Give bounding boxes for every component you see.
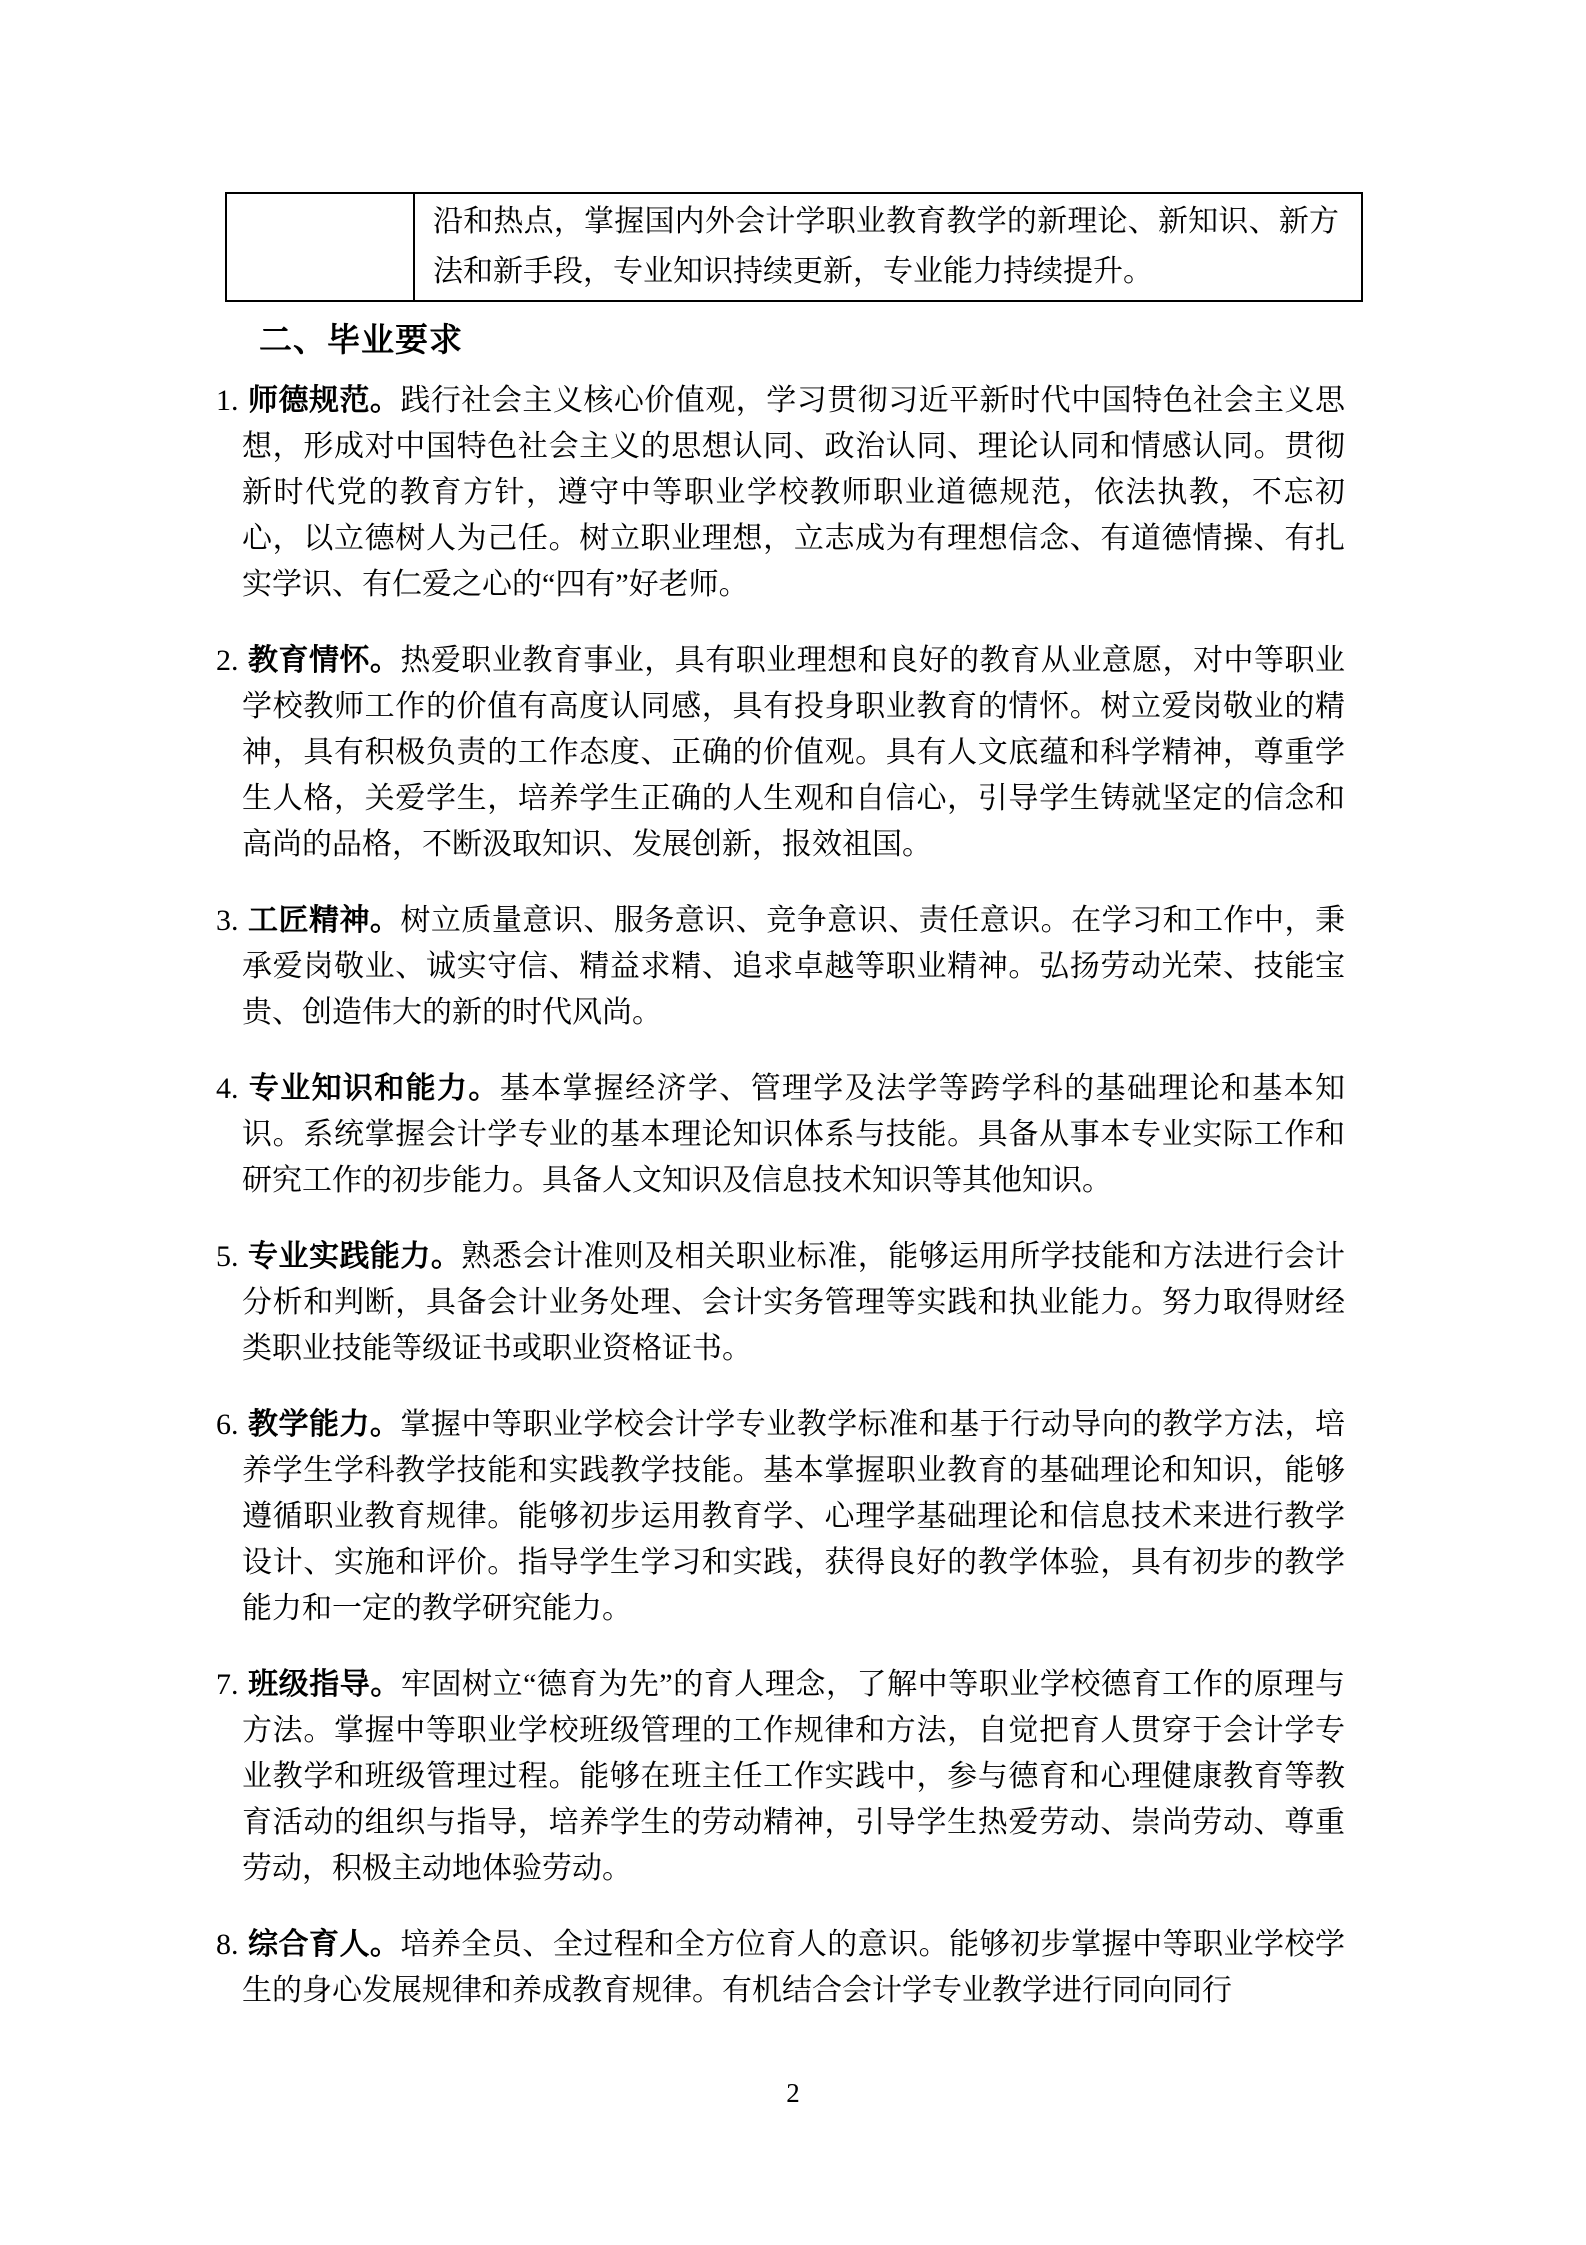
requirement-paragraph: 2.教育情怀。热爱职业教育事业，具有职业理想和良好的教育从业意愿，对中等职业学校… [242,638,1345,868]
requirement-paragraph: 6.教学能力。掌握中等职业学校会计学专业教学标准和基于行动导向的教学方法，培养学… [242,1402,1345,1632]
paragraph-label: 师德规范。 [248,384,401,417]
paragraph-label: 班级指导。 [248,1668,401,1701]
paragraph-number: 3. [216,904,248,937]
paragraph-text: 热爱职业教育事业，具有职业理想和良好的教育从业意愿，对中等职业学校教师工作的价值… [242,644,1345,861]
paragraph-number: 4. [216,1072,248,1105]
document-page: 沿和热点，掌握国内外会计学职业教育教学的新理论、新知识、新方法和新手段，专业知识… [0,0,1586,2245]
requirement-paragraph: 5.专业实践能力。熟悉会计准则及相关职业标准，能够运用所学技能和方法进行会计分析… [242,1234,1345,1372]
paragraph-label: 工匠精神。 [248,904,401,937]
requirement-paragraph: 1.师德规范。践行社会主义核心价值观，学习贯彻习近平新时代中国特色社会主义思想，… [242,378,1345,608]
paragraph-number: 5. [216,1240,248,1273]
table-cell-empty [227,194,415,300]
paragraph-label: 综合育人。 [248,1928,401,1961]
table-cell-text: 沿和热点，掌握国内外会计学职业教育教学的新理论、新知识、新方法和新手段，专业知识… [415,194,1361,300]
requirement-paragraph: 3.工匠精神。树立质量意识、服务意识、竞争意识、责任意识。在学习和工作中，秉承爱… [242,898,1345,1036]
paragraph-number: 6. [216,1408,248,1441]
paragraph-list: 1.师德规范。践行社会主义核心价值观，学习贯彻习近平新时代中国特色社会主义思想，… [242,378,1345,2044]
section-heading: 二、毕业要求 [259,314,463,361]
page-number: 2 [0,2078,1586,2109]
paragraph-label: 专业知识和能力。 [248,1072,500,1105]
paragraph-number: 1. [216,384,248,417]
paragraph-label: 教育情怀。 [248,644,401,677]
paragraph-number: 8. [216,1928,248,1961]
requirement-paragraph: 4.专业知识和能力。基本掌握经济学、管理学及法学等跨学科的基础理论和基本知识。系… [242,1066,1345,1204]
table-fragment: 沿和热点，掌握国内外会计学职业教育教学的新理论、新知识、新方法和新手段，专业知识… [225,192,1363,302]
paragraph-text: 培养全员、全过程和全方位育人的意识。能够初步掌握中等职业学校学生的身心发展规律和… [242,1928,1345,2007]
paragraph-label: 教学能力。 [248,1408,401,1441]
paragraph-text: 牢固树立“德育为先”的育人理念，了解中等职业学校德育工作的原理与方法。掌握中等职… [242,1668,1345,1885]
paragraph-label: 专业实践能力。 [248,1240,462,1273]
paragraph-text: 践行社会主义核心价值观，学习贯彻习近平新时代中国特色社会主义思想，形成对中国特色… [242,384,1345,601]
paragraph-text: 掌握中等职业学校会计学专业教学标准和基于行动导向的教学方法，培养学生学科教学技能… [242,1408,1345,1625]
requirement-paragraph: 8.综合育人。培养全员、全过程和全方位育人的意识。能够初步掌握中等职业学校学生的… [242,1922,1345,2014]
paragraph-number: 2. [216,644,248,677]
paragraph-number: 7. [216,1668,248,1701]
paragraph-text: 树立质量意识、服务意识、竞争意识、责任意识。在学习和工作中，秉承爱岗敬业、诚实守… [242,904,1345,1029]
requirement-paragraph: 7.班级指导。牢固树立“德育为先”的育人理念，了解中等职业学校德育工作的原理与方… [242,1662,1345,1892]
